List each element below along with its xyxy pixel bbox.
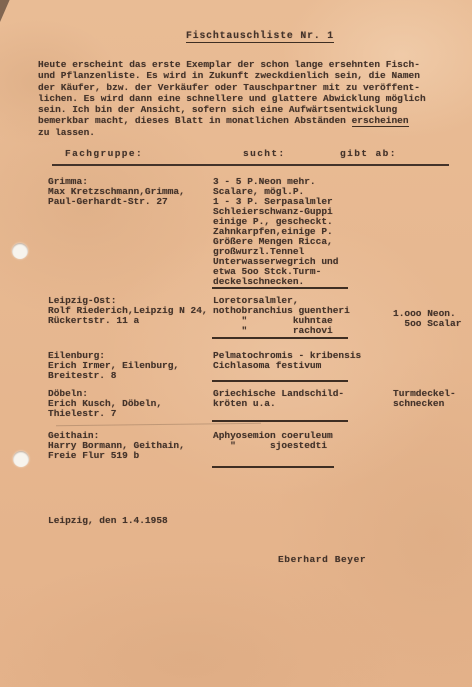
column-header-gibt-ab: gibt ab: — [340, 149, 397, 159]
sucht-cell: Aphyosemion coeruleum " sjoestedti — [213, 431, 333, 451]
fachgruppe-cell: Eilenburg: Erich Irmer, Eilenburg, Breit… — [48, 351, 179, 381]
fachgruppe-cell: Leipzig-Ost: Rolf Riederich,Leipzig N 24… — [48, 296, 208, 326]
document-title: Fischtauschliste Nr. 1 — [186, 31, 334, 43]
faint-pencil-line — [56, 423, 261, 427]
entry-divider — [212, 287, 348, 289]
entry-divider — [212, 466, 334, 468]
entry-divider — [212, 420, 348, 422]
scanned-letter-page: Fischtauschliste Nr. 1 Heute erscheint d… — [0, 0, 472, 687]
column-header-sucht: sucht: — [243, 149, 286, 159]
entry-divider — [212, 337, 348, 339]
intro-underlined-word: erscheinen — [352, 115, 409, 127]
sucht-cell: 3 - 5 P.Neon mehr. Scalare, mögl.P. 1 - … — [213, 177, 338, 287]
paper-corner-shadow — [0, 0, 16, 22]
gibt-ab-cell: 1.ooo Neon. 5oo Scalar — [393, 309, 461, 329]
sucht-cell: Loretorsalmler, nothobranchius guentheri… — [213, 296, 350, 336]
punch-hole-bottom — [13, 451, 29, 467]
sucht-cell: Griechische Landschild- kröten u.a. — [213, 389, 344, 409]
fachgruppe-cell: Geithain: Harry Bormann, Geithain, Freie… — [48, 431, 185, 461]
intro-paragraph: Heute erscheint das erste Exemplar der s… — [38, 59, 426, 138]
signature: Eberhard Beyer — [278, 555, 366, 565]
punch-hole-top — [12, 243, 28, 259]
gibt-ab-cell: Turmdeckel- schnecken — [393, 389, 456, 409]
column-header-fachgruppe: Fachgruppe: — [65, 149, 143, 159]
intro-text-tail: zu lassen. — [38, 127, 95, 138]
fachgruppe-cell: Döbeln: Erich Kusch, Döbeln, Thielestr. … — [48, 389, 162, 419]
fachgruppe-cell: Grimma: Max Kretzschmann,Grimma, Paul-Ge… — [48, 177, 185, 207]
date-line: Leipzig, den 1.4.1958 — [48, 516, 168, 526]
sucht-cell: Pelmatochromis - kribensis Cichlasoma fe… — [213, 351, 361, 371]
header-rule — [52, 164, 449, 166]
entry-divider — [212, 380, 348, 382]
